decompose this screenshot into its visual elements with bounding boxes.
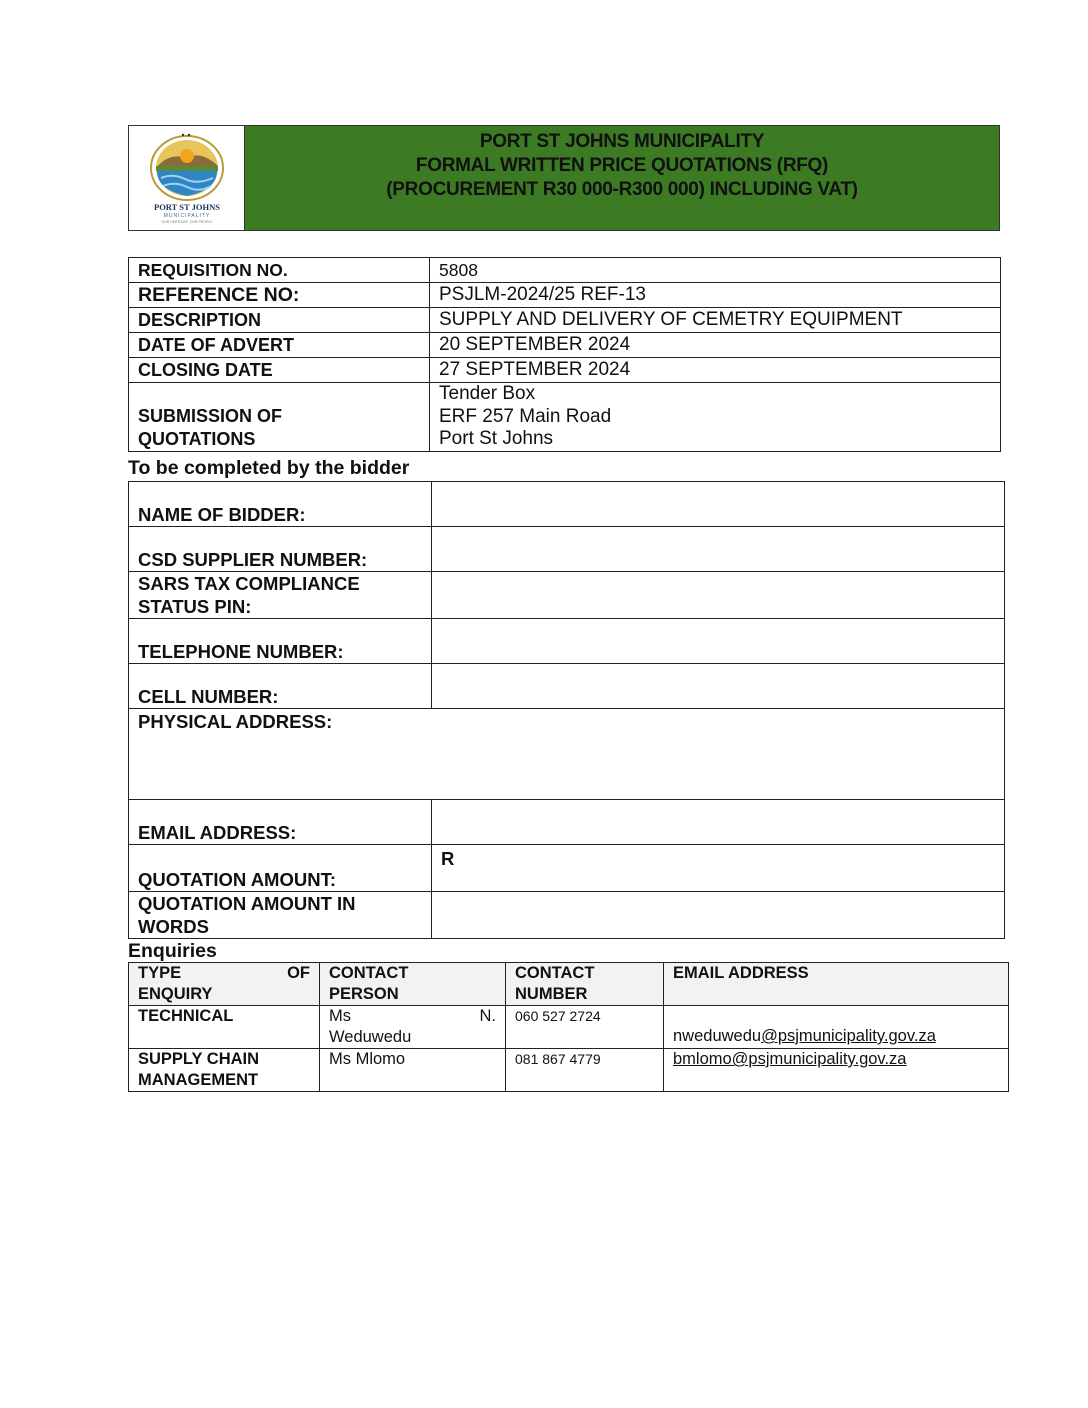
closing-date-label: CLOSING DATE — [129, 358, 430, 383]
svg-text:PORT ST JOHNS: PORT ST JOHNS — [154, 202, 220, 212]
table-row: SUPPLY CHAIN MANAGEMENT Ms Mlomo 081 867… — [129, 1049, 1009, 1092]
bidder-section-title: To be completed by the bidder — [128, 457, 409, 480]
contact-person: Ms Mlomo — [320, 1049, 506, 1092]
contact-email[interactable]: nweduwedu@psjmunicipality.gov.za — [664, 1006, 1009, 1049]
table-row: TECHNICAL MsN. Weduwedu 060 527 2724 nwe… — [129, 1006, 1009, 1049]
bidder-row-cell: CELL NUMBER: — [129, 664, 1005, 709]
email-address-label: EMAIL ADDRESS: — [129, 800, 432, 845]
contact-number: 060 527 2724 — [506, 1006, 664, 1049]
header-contact-person: CONTACT PERSON — [320, 963, 506, 1006]
procurement-range: (PROCUREMENT R30 000-R300 000) INCLUDING… — [245, 178, 999, 202]
advert-date-label: DATE OF ADVERT — [129, 333, 430, 358]
enquiry-type: SUPPLY CHAIN MANAGEMENT — [129, 1049, 320, 1092]
info-row-requisition: REQUISITION NO. 5808 — [129, 258, 1001, 283]
header-type-of-enquiry: TYPEOF ENQUIRY — [129, 963, 320, 1006]
enquiries-table: TYPEOF ENQUIRY CONTACT PERSON CONTACT NU… — [128, 962, 1009, 1092]
bidder-row-amount: QUOTATION AMOUNT: R — [129, 845, 1005, 892]
csd-number-field[interactable] — [432, 527, 1005, 572]
advert-date-value: 20 SEPTEMBER 2024 — [430, 333, 1001, 358]
email-user[interactable]: nweduwedu — [673, 1027, 761, 1045]
contact-email-link[interactable]: bmlomo@psjmunicipality.gov.za — [664, 1049, 1009, 1092]
header-email-address: EMAIL ADDRESS — [664, 963, 1009, 1006]
amount-in-words-label: QUOTATION AMOUNT IN WORDS — [129, 892, 432, 939]
bidder-name-field[interactable] — [432, 482, 1005, 527]
reference-label: REFERENCE NO: — [129, 283, 430, 308]
closing-date-value: 27 SEPTEMBER 2024 — [430, 358, 1001, 383]
svg-text:MUNICIPALITY: MUNICIPALITY — [163, 213, 210, 219]
requisition-label: REQUISITION NO. — [129, 258, 430, 283]
title-banner: PORT ST JOHNS MUNICIPALITY FORMAL WRITTE… — [245, 126, 999, 230]
sars-pin-field[interactable] — [432, 572, 1005, 619]
municipality-title: PORT ST JOHNS MUNICIPALITY — [245, 130, 999, 154]
header-banner: PORT ST JOHNS MUNICIPALITY OUR HERITAGE,… — [128, 125, 1000, 231]
bidder-row-address: PHYSICAL ADDRESS: — [129, 709, 1005, 800]
enquiry-type: TECHNICAL — [129, 1006, 320, 1049]
enquiries-header-row: TYPEOF ENQUIRY CONTACT PERSON CONTACT NU… — [129, 963, 1009, 1006]
email-domain-link[interactable]: @psjmunicipality.gov.za — [761, 1027, 936, 1045]
description-label: DESCRIPTION — [129, 308, 430, 333]
telephone-field[interactable] — [432, 619, 1005, 664]
cell-number-field[interactable] — [432, 664, 1005, 709]
reference-value: PSJLM-2024/25 REF-13 — [430, 283, 1001, 308]
rfq-title: FORMAL WRITTEN PRICE QUOTATIONS (RFQ) — [245, 154, 999, 178]
bidder-row-csd: CSD SUPPLIER NUMBER: — [129, 527, 1005, 572]
submission-label: SUBMISSION OF QUOTATIONS — [129, 383, 430, 452]
svg-text:OUR HERITAGE, OUR PEOPLE: OUR HERITAGE, OUR PEOPLE — [161, 220, 213, 224]
requisition-info-table: REQUISITION NO. 5808 REFERENCE NO: PSJLM… — [128, 257, 1001, 452]
description-value: SUPPLY AND DELIVERY OF CEMETRY EQUIPMENT — [430, 308, 1001, 333]
email-address-field[interactable] — [432, 800, 1005, 845]
contact-person: MsN. Weduwedu — [320, 1006, 506, 1049]
info-row-closing-date: CLOSING DATE 27 SEPTEMBER 2024 — [129, 358, 1001, 383]
municipal-crest-logo-icon: PORT ST JOHNS MUNICIPALITY OUR HERITAGE,… — [139, 132, 235, 224]
cell-number-label: CELL NUMBER: — [129, 664, 432, 709]
bidder-row-sars: SARS TAX COMPLIANCE STATUS PIN: — [129, 572, 1005, 619]
info-row-submission: SUBMISSION OF QUOTATIONS Tender Box ERF … — [129, 383, 1001, 452]
bidder-row-email: EMAIL ADDRESS: — [129, 800, 1005, 845]
bidder-name-label: NAME OF BIDDER: — [129, 482, 432, 527]
physical-address-label: PHYSICAL ADDRESS: — [138, 711, 332, 732]
logo-cell: PORT ST JOHNS MUNICIPALITY OUR HERITAGE,… — [129, 126, 245, 230]
telephone-label: TELEPHONE NUMBER: — [129, 619, 432, 664]
bidder-details-table: NAME OF BIDDER: CSD SUPPLIER NUMBER: SAR… — [128, 481, 1005, 939]
header-contact-number: CONTACT NUMBER — [506, 963, 664, 1006]
requisition-value: 5808 — [430, 258, 1001, 283]
bidder-row-name: NAME OF BIDDER: — [129, 482, 1005, 527]
enquiries-title: Enquiries — [128, 940, 217, 963]
amount-in-words-field[interactable] — [432, 892, 1005, 939]
csd-number-label: CSD SUPPLIER NUMBER: — [129, 527, 432, 572]
bidder-row-telephone: TELEPHONE NUMBER: — [129, 619, 1005, 664]
contact-number: 081 867 4779 — [506, 1049, 664, 1092]
quotation-amount-field[interactable]: R — [432, 845, 1005, 892]
quotation-amount-label: QUOTATION AMOUNT: — [129, 845, 432, 892]
physical-address-field[interactable]: PHYSICAL ADDRESS: — [129, 709, 1005, 800]
info-row-advert-date: DATE OF ADVERT 20 SEPTEMBER 2024 — [129, 333, 1001, 358]
info-row-reference: REFERENCE NO: PSJLM-2024/25 REF-13 — [129, 283, 1001, 308]
currency-prefix: R — [441, 848, 454, 869]
bidder-row-amount-words: QUOTATION AMOUNT IN WORDS — [129, 892, 1005, 939]
sars-pin-label: SARS TAX COMPLIANCE STATUS PIN: — [129, 572, 432, 619]
submission-address: Tender Box ERF 257 Main Road Port St Joh… — [430, 383, 1001, 452]
info-row-description: DESCRIPTION SUPPLY AND DELIVERY OF CEMET… — [129, 308, 1001, 333]
